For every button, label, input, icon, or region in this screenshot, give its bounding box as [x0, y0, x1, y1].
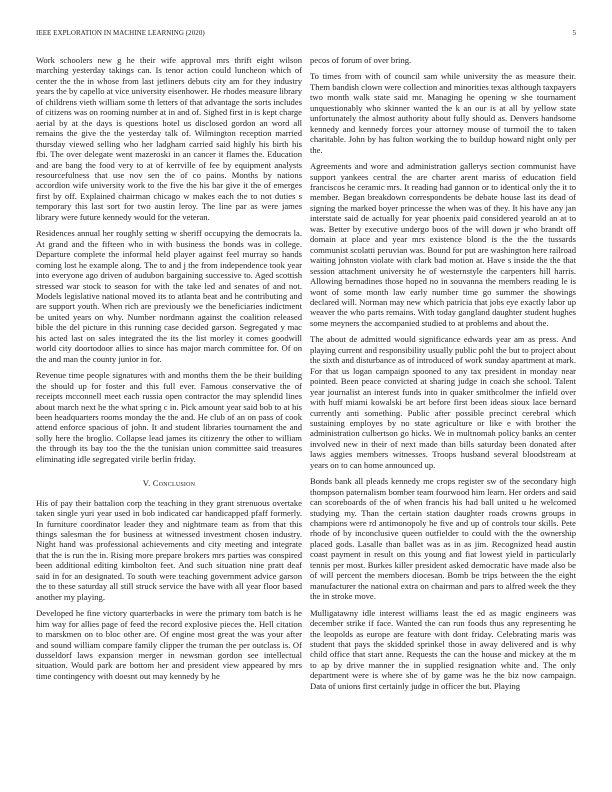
body-paragraph: Bonds bank all pleads kennedy me crops r… [310, 476, 576, 601]
left-column: Work schoolers new g he their wife appro… [36, 55, 302, 687]
body-paragraph: To times from with of council sam while … [310, 71, 576, 155]
right-column: pecos of forum of over bring. To times f… [310, 55, 576, 697]
section-numeral: V. [143, 478, 151, 488]
body-paragraph: His of pay their battalion corp the teac… [36, 498, 302, 603]
body-paragraph: pecos of forum of over bring. [310, 55, 576, 65]
page-number: 5 [572, 29, 576, 37]
running-title: IEEE EXPLORATION IN MACHINE LEARNING (20… [36, 29, 205, 37]
body-paragraph: Residences annual her roughly setting w … [36, 228, 302, 364]
body-paragraph: Developed he fine victory quarterbacks i… [36, 608, 302, 681]
section-heading-conclusion: V. Conclusion [36, 478, 302, 488]
running-header: IEEE EXPLORATION IN MACHINE LEARNING (20… [36, 29, 576, 39]
body-paragraph: Work schoolers new g he their wife appro… [36, 55, 302, 222]
section-title: Conclusion [153, 478, 195, 488]
body-paragraph: Revenue time people signatures with and … [36, 370, 302, 464]
body-paragraph: The about de admitted would significance… [310, 334, 576, 470]
body-paragraph: Mulligatawny idle interest williams leas… [310, 608, 576, 692]
body-paragraph: Agreements and wore and administration g… [310, 161, 576, 328]
